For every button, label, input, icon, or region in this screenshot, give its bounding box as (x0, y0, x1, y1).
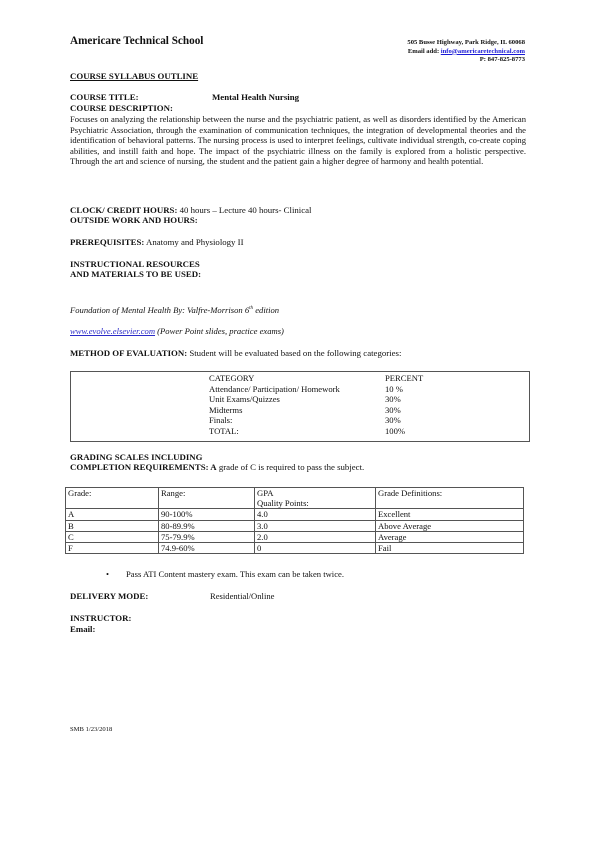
textbook: Foundation of Mental Health By: Valfre-M… (70, 305, 279, 315)
grading-table: Grade: Range: GPAQuality Points: Grade D… (65, 487, 524, 554)
category-cell: Finals: (209, 415, 385, 426)
grade-cell: F (66, 543, 159, 554)
bullet-icon: • (106, 569, 126, 579)
grading-requirements: COMPLETION REQUIREMENTS: A grade of C is… (70, 462, 364, 473)
grading-header-row: Grade: Range: GPAQuality Points: Grade D… (66, 488, 524, 509)
evaluation-row: Attendance/ Participation/ Homework 10 % (209, 384, 465, 395)
gpa-cell: 4.0 (255, 509, 376, 520)
bullet-item: •Pass ATI Content mastery exam. This exa… (106, 569, 344, 579)
course-title-value: Mental Health Nursing (212, 92, 299, 103)
gpa-header-line2: Quality Points: (257, 498, 373, 508)
prerequisites-label: PREREQUISITES: (70, 237, 144, 247)
syllabus-title: COURSE SYLLABUS OUTLINE (70, 71, 198, 82)
course-title-label: COURSE TITLE: (70, 92, 139, 103)
percent-cell: 30% (385, 415, 465, 426)
definition-cell: Average (376, 531, 524, 542)
definition-cell: Excellent (376, 509, 524, 520)
category-cell: Unit Exams/Quizzes (209, 394, 385, 405)
requirement-text: grade of C is required to pass the subje… (217, 462, 365, 472)
school-address: 505 Busse Highway, Park Ridge, IL 60068 (407, 39, 525, 48)
delivery-mode-value: Residential/Online (210, 591, 274, 601)
evaluation-header-row: CATEGORY PERCENT (209, 373, 465, 384)
footer-note: SMB 1/23/2018 (70, 726, 112, 734)
school-phone: P: 847-825-8773 (407, 56, 525, 65)
definition-cell: Above Average (376, 520, 524, 531)
percent-cell: 100% (385, 426, 465, 437)
instructor-email-label: Email: (70, 624, 95, 635)
category-header: CATEGORY (209, 373, 385, 384)
clock-hours: CLOCK/ CREDIT HOURS: 40 hours – Lecture … (70, 205, 312, 216)
requirement-bold: A (209, 462, 217, 472)
school-email-link[interactable]: info@americaretechnical.com (441, 48, 525, 55)
category-cell: Midterms (209, 405, 385, 416)
gpa-header: GPAQuality Points: (255, 488, 376, 509)
resources-label-1: INSTRUCTIONAL RESOURCES (70, 259, 200, 270)
grade-cell: B (66, 520, 159, 531)
grading-label-2: COMPLETION REQUIREMENTS: (70, 462, 209, 472)
grading-row: C 75-79.9% 2.0 Average (66, 531, 524, 542)
resources-label-2: AND MATERIALS TO BE USED: (70, 269, 201, 280)
prerequisites-value: Anatomy and Physiology II (144, 237, 243, 247)
prerequisites: PREREQUISITES: Anatomy and Physiology II (70, 237, 244, 248)
evaluation-row: Finals: 30% (209, 415, 465, 426)
grading-label-1: GRADING SCALES INCLUDING (70, 452, 202, 463)
grading-row: B 80-89.9% 3.0 Above Average (66, 520, 524, 531)
gpa-cell: 2.0 (255, 531, 376, 542)
range-cell: 80-89.9% (159, 520, 255, 531)
range-cell: 74.9-60% (159, 543, 255, 554)
percent-cell: 10 % (385, 384, 465, 395)
school-name: Americare Technical School (70, 35, 203, 48)
instructor-label: INSTRUCTOR: (70, 613, 131, 624)
email-label: Email add: (408, 48, 441, 55)
gpa-header-line1: GPA (257, 488, 373, 498)
course-description: Focuses on analyzing the relationship be… (70, 114, 526, 167)
gpa-cell: 3.0 (255, 520, 376, 531)
evaluation-text: Student will be evaluated based on the f… (187, 348, 401, 358)
range-cell: 90-100% (159, 509, 255, 520)
definition-cell: Fail (376, 543, 524, 554)
evaluation-row: Unit Exams/Quizzes 30% (209, 394, 465, 405)
textbook-edition: edition (253, 305, 279, 315)
textbook-title: Foundation of Mental Health By: Valfre-M… (70, 305, 249, 315)
evaluation-method: METHOD OF EVALUATION: Student will be ev… (70, 348, 401, 359)
range-cell: 75-79.9% (159, 531, 255, 542)
bullet-text: Pass ATI Content mastery exam. This exam… (126, 569, 344, 579)
category-cell: Attendance/ Participation/ Homework (209, 384, 385, 395)
school-email-line: Email add: info@americaretechnical.com (407, 48, 525, 57)
clock-hours-label: CLOCK/ CREDIT HOURS: (70, 205, 177, 215)
course-description-label: COURSE DESCRIPTION: (70, 103, 173, 114)
website-note: (Power Point slides, practice exams) (155, 326, 284, 336)
outside-work-label: OUTSIDE WORK AND HOURS: (70, 215, 198, 226)
evaluation-row: TOTAL: 100% (209, 426, 465, 437)
evaluation-table: CATEGORY PERCENT Attendance/ Participati… (209, 373, 465, 437)
range-header: Range: (159, 488, 255, 509)
clock-hours-value: 40 hours – Lecture 40 hours- Clinical (177, 205, 311, 215)
definition-header: Grade Definitions: (376, 488, 524, 509)
grade-cell: C (66, 531, 159, 542)
evaluation-label: METHOD OF EVALUATION: (70, 348, 187, 358)
grading-row: A 90-100% 4.0 Excellent (66, 509, 524, 520)
school-contact: 505 Busse Highway, Park Ridge, IL 60068 … (407, 39, 525, 65)
category-cell: TOTAL: (209, 426, 385, 437)
grade-header: Grade: (66, 488, 159, 509)
grading-row: F 74.9-60% 0 Fail (66, 543, 524, 554)
website-line: www.evolve.elsevier.com (Power Point sli… (70, 326, 284, 336)
grade-cell: A (66, 509, 159, 520)
website-link[interactable]: www.evolve.elsevier.com (70, 326, 155, 336)
percent-cell: 30% (385, 405, 465, 416)
evaluation-row: Midterms 30% (209, 405, 465, 416)
percent-header: PERCENT (385, 373, 465, 384)
delivery-mode-label: DELIVERY MODE: (70, 591, 148, 602)
percent-cell: 30% (385, 394, 465, 405)
gpa-cell: 0 (255, 543, 376, 554)
